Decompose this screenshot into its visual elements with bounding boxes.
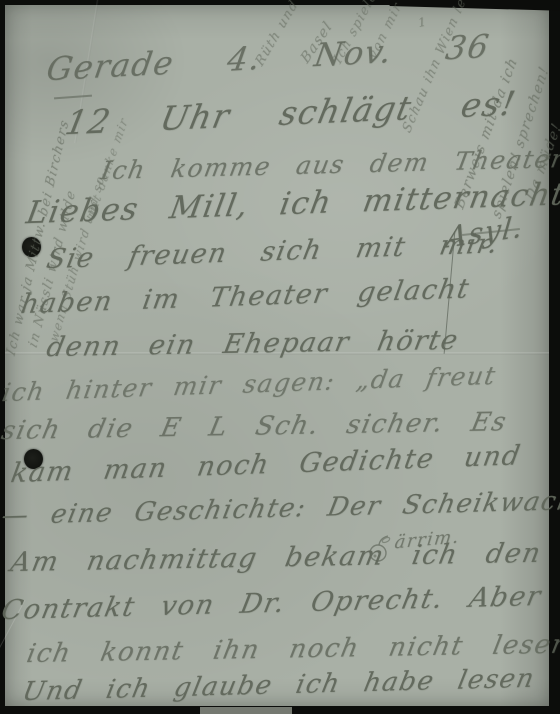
scanned-letter-page: Gerade 4. Nov. 36 12 Uhr schlägt es! Ich… bbox=[0, 0, 560, 714]
scanner-artifact-bar bbox=[200, 707, 292, 714]
